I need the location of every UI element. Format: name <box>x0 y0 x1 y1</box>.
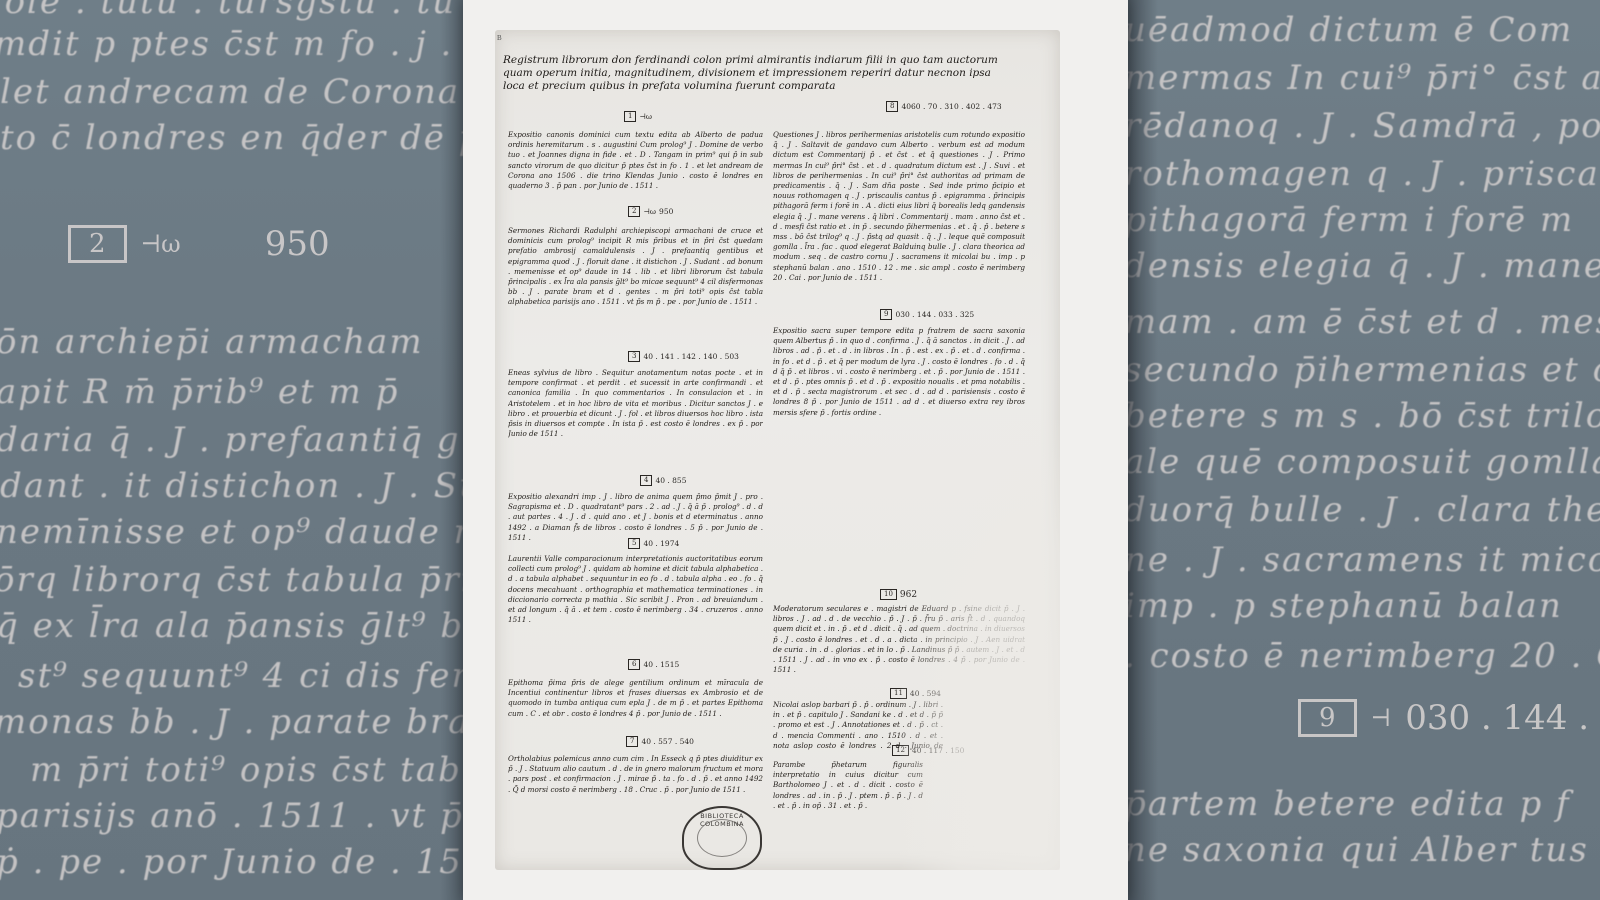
backdrop-script-line: mam . am ē c̄st et d . mesfi c <box>1128 302 1600 342</box>
catalogue-entry: Expositio sacra super tempore edita p fr… <box>773 326 1025 590</box>
backdrop-script-line: pithagorā ferm i forē m <box>1128 200 1574 240</box>
entry-shelfmark: 10 962 <box>880 589 917 600</box>
library-stamp-text: BIBLIOTECA COLOMBINA <box>690 812 754 828</box>
backdrop-script-line: nemīnisse et op⁹ daude m <box>0 512 470 552</box>
backdrop-script-line: betere s m s . bō c̄st trilog⁹ q <box>1128 396 1600 436</box>
backdrop-script-line: densis elegia q̄ . J . mane re <box>1128 246 1600 286</box>
backdrop-shelfmark: 9 ⊣ 030 . 144 . <box>1298 698 1589 738</box>
backdrop-right-enlarged-script: uēadmod dictum ē Com mermas In cui⁹ p̄ri… <box>1128 0 1600 900</box>
entry-shelfmark: 7 40 . 557 . 540 <box>626 736 694 747</box>
backdrop-script-line: parisijs anō . 1511 . vt p̄s m <box>0 796 470 836</box>
backdrop-script-line: ṗ . pe . por Junio de . 1511 . <box>0 842 470 882</box>
backdrop-script-line: st⁹ sequunt⁹ 4 ci dis ferm <box>18 656 470 696</box>
backdrop-script-line: imp . p stephanū balan <box>1128 586 1563 626</box>
backdrop-shelfmark-symbol: ⊣ω <box>141 230 181 258</box>
shelfmark-code: 40 . 141 . 142 . 140 . 503 <box>643 352 738 361</box>
shelfmark-code: 4060 . 70 . 310 . 402 . 473 <box>901 102 1001 111</box>
entry-shelfmark: 3 40 . 141 . 142 . 140 . 503 <box>628 351 739 362</box>
backdrop-script-line: to c̄ londres en q̄der dē p <box>0 118 470 158</box>
catalogue-entry: Laurentii Valle comparacionum interpreta… <box>508 554 763 656</box>
page-corner-mark: B <box>497 34 502 42</box>
backdrop-script-line: p̄artem betere edita p f <box>1128 784 1571 824</box>
backdrop-script-line: ōn archiep̄i armacham <box>0 322 424 362</box>
shelfmark-number: 11 <box>890 688 907 699</box>
shelfmark-code: 40 . 1515 <box>643 660 679 669</box>
entry-shelfmark: 11 40 . 594 <box>890 688 941 699</box>
backdrop-script-line: mermas In cui⁹ p̄ri° c̄st aut <box>1128 58 1600 98</box>
backdrop-script-line: m p̄ri toti⁹ opis c̄st tabla <box>30 750 470 790</box>
shelfmark-code: 40 . 1974 <box>643 539 679 548</box>
shelfmark-number: 2 <box>628 206 640 217</box>
shelfmark-symbol: ⊣ω <box>639 112 652 121</box>
backdrop-script-line: ne saxonia qui Alber tus p <box>1128 830 1600 870</box>
entry-shelfmark: 2 ⊣ω 950 <box>628 206 673 217</box>
backdrop-edge-shadow <box>1128 0 1158 900</box>
shelfmark-code: 40 . 855 <box>655 476 686 485</box>
catalogue-entry: Epithoma p̄ima p̄ris de alege gentilium … <box>508 678 763 740</box>
entry-shelfmark: 12 40 . 117 . 150 <box>892 745 964 756</box>
catalogue-entry: Moderatorum seculares e . magistri de Ed… <box>773 604 1025 686</box>
shelfmark-number: 7 <box>626 736 638 747</box>
backdrop-script-line: . costo ē nerimberg 20 . Cai <box>1128 636 1600 676</box>
entry-shelfmark: 9 030 . 144 . 033 . 325 <box>880 309 974 320</box>
shelfmark-number: 1 <box>624 111 636 122</box>
entry-shelfmark: 1 ⊣ω <box>624 111 652 122</box>
shelfmark-number: 5 <box>628 538 640 549</box>
shelfmark-number: 4 <box>640 475 652 486</box>
shelfmark-code: 030 . 144 . 033 . 325 <box>895 310 974 319</box>
backdrop-script-line: daria q̄ . J . prefaantiq̄ g <box>0 420 461 460</box>
backdrop-script-line: uēadmod dictum ē Com <box>1128 10 1573 50</box>
backdrop-script-line: mdit p ptes c̄st m fo . j . <box>0 24 453 64</box>
backdrop-shelfmark-number: 2 <box>68 225 127 263</box>
backdrop-script-line: ale quē composuit gomlla <box>1128 442 1600 482</box>
shelfmark-symbol: ⊣ω <box>643 207 656 216</box>
backdrop-shelfmark: 2 ⊣ω 950 <box>68 224 330 264</box>
backdrop-script-line: let andrecam de Corona <box>0 72 460 112</box>
manuscript-title: Registrum librorum don ferdinandi colon … <box>503 54 1013 93</box>
shelfmark-number: 9 <box>880 309 892 320</box>
catalogue-entry: Parambe p̄hetarum figuralis interpretati… <box>773 760 923 810</box>
shelfmark-number: 3 <box>628 351 640 362</box>
catalogue-entry: Expositio alexandri imp . J . libro de a… <box>508 492 763 544</box>
backdrop-script-line: apit R m̄ p̄rib⁹ et m p̄ <box>0 372 399 412</box>
catalogue-entry: Eneas sylvius de libro . Sequitur anotam… <box>508 368 763 470</box>
shelfmark-code: 40 . 117 . 150 <box>912 746 964 755</box>
shelfmark-code: 40 . 557 . 540 <box>641 737 693 746</box>
shelfmark-code: 950 <box>659 207 673 216</box>
backdrop-script-line: dant . it distichon . J . Sud <box>0 466 470 506</box>
backdrop-script-line: rēdanoq . J . Samdrā , pos <box>1128 106 1600 146</box>
shelfmark-code: 962 <box>900 590 917 600</box>
title-shelfmark: 8 4060 . 70 . 310 . 402 . 473 <box>886 101 1002 112</box>
backdrop-shelfmark-code: 950 <box>265 224 330 264</box>
catalogue-entry: Sermones Richardi Radulphi archiepiscopi… <box>508 226 763 348</box>
entry-shelfmark: 5 40 . 1974 <box>628 538 679 549</box>
backdrop-left-enlarged-script: fole . tutu . tursgstu . tu p mdit p pte… <box>0 0 470 900</box>
shelfmark-code: 40 . 594 <box>910 689 941 698</box>
entry-shelfmark: 6 40 . 1515 <box>628 659 679 670</box>
backdrop-shelfmark-symbol: ⊣ <box>1371 704 1392 732</box>
shelfmark-number: 6 <box>628 659 640 670</box>
backdrop-script-line: monas bb . J . parate bram <box>0 702 470 742</box>
backdrop-script-line: duorq̄ bulle . J . clara theo <box>1128 490 1600 530</box>
backdrop-script-line: rothomagen q . J . priscau <box>1128 154 1600 194</box>
entry-shelfmark: 4 40 . 855 <box>640 475 686 486</box>
backdrop-script-line: fole . tutu . tursgstu . tu p <box>0 0 470 22</box>
backdrop-shelfmark-code: 030 . 144 . <box>1405 698 1589 738</box>
backdrop-shelfmark-number: 9 <box>1298 699 1357 737</box>
shelfmark-number: 8 <box>886 101 898 112</box>
shelfmark-number: 10 <box>880 589 897 600</box>
catalogue-entry: Questiones J . libros perihermenias aris… <box>773 130 1025 312</box>
backdrop-script-line: secundo p̄ihermenias et c <box>1128 350 1600 390</box>
catalogue-entry: Expositio canonis dominici cum textu edi… <box>508 130 763 208</box>
backdrop-script-line: ōrq librorq c̄st tabula p̄ric <box>0 560 470 600</box>
backdrop-script-line: q̄ ex l̄ra ala p̄ansis ḡlt⁹ bo mic <box>0 606 470 646</box>
shelfmark-number: 12 <box>892 745 909 756</box>
backdrop-script-line: ne . J . sacramens it micol <box>1128 540 1600 580</box>
